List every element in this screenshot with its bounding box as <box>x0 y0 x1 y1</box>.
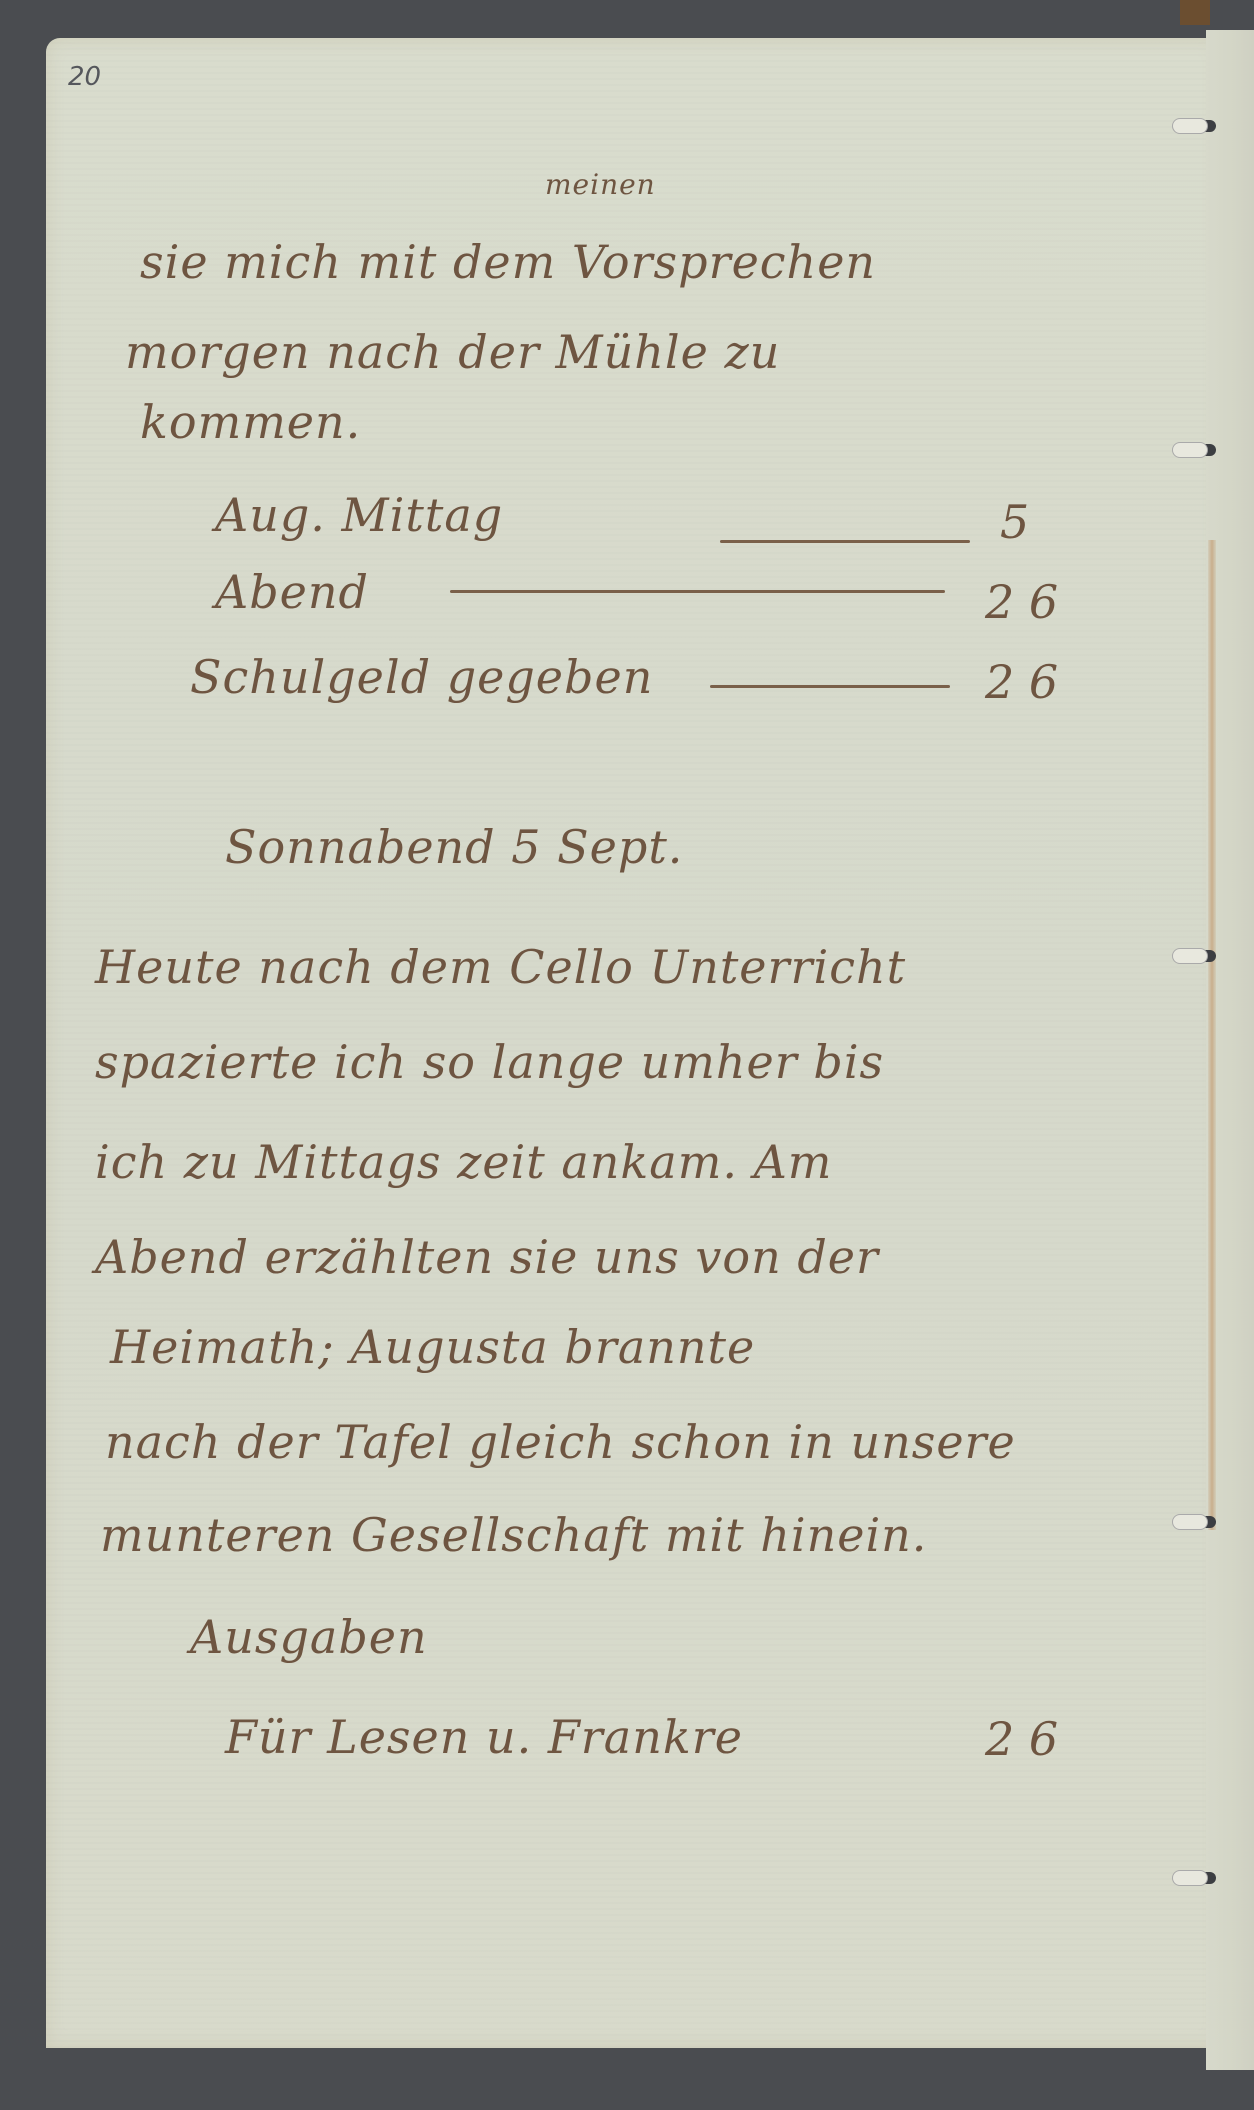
binding-seam <box>1208 540 1216 1530</box>
text-line: ich zu Mittags zeit ankam. Am <box>95 1135 832 1189</box>
expense-amount: 2 6 <box>985 655 1058 709</box>
expense-item: Schulgeld gegeben <box>190 650 653 704</box>
text-line: spazierte ich so lange umher bis <box>95 1035 884 1089</box>
binding-top <box>1180 0 1210 25</box>
text-line: kommen. <box>140 395 361 449</box>
expense-amount: 5 <box>1000 495 1029 549</box>
binding-hole <box>1172 442 1208 458</box>
expense-item: Aug. Mittag <box>215 488 503 542</box>
dash-line <box>720 540 970 543</box>
text-line: Heimath; Augusta brannte <box>110 1320 755 1374</box>
text-line: morgen nach der Mühle zu <box>125 325 780 379</box>
binding-hole <box>1172 1870 1208 1886</box>
inserted-word: meinen <box>545 168 656 201</box>
expense-amount: 2 6 <box>985 1712 1058 1766</box>
dash-line <box>710 685 950 688</box>
text-line: Heute nach dem Cello Unterricht <box>95 940 906 994</box>
binding-hole <box>1172 118 1208 134</box>
text-line: nach der Tafel gleich schon in unsere <box>105 1415 1016 1469</box>
text-line: Abend erzählten sie uns von der <box>95 1230 879 1284</box>
dash-line <box>450 590 945 593</box>
text-line: sie mich mit dem Vorsprechen <box>140 235 876 289</box>
expense-item: Abend <box>215 565 369 619</box>
date-heading: Sonnabend 5 Sept. <box>225 820 683 874</box>
expense-item: Für Lesen u. Frankre <box>225 1710 743 1764</box>
expenses-label: Ausgaben <box>190 1610 428 1664</box>
page-number: 20 <box>68 62 101 92</box>
text-line: munteren Gesellschaft mit hinein. <box>100 1508 927 1562</box>
binding-hole <box>1172 948 1208 964</box>
binding-hole <box>1172 1514 1208 1530</box>
expense-amount: 2 6 <box>985 575 1058 629</box>
